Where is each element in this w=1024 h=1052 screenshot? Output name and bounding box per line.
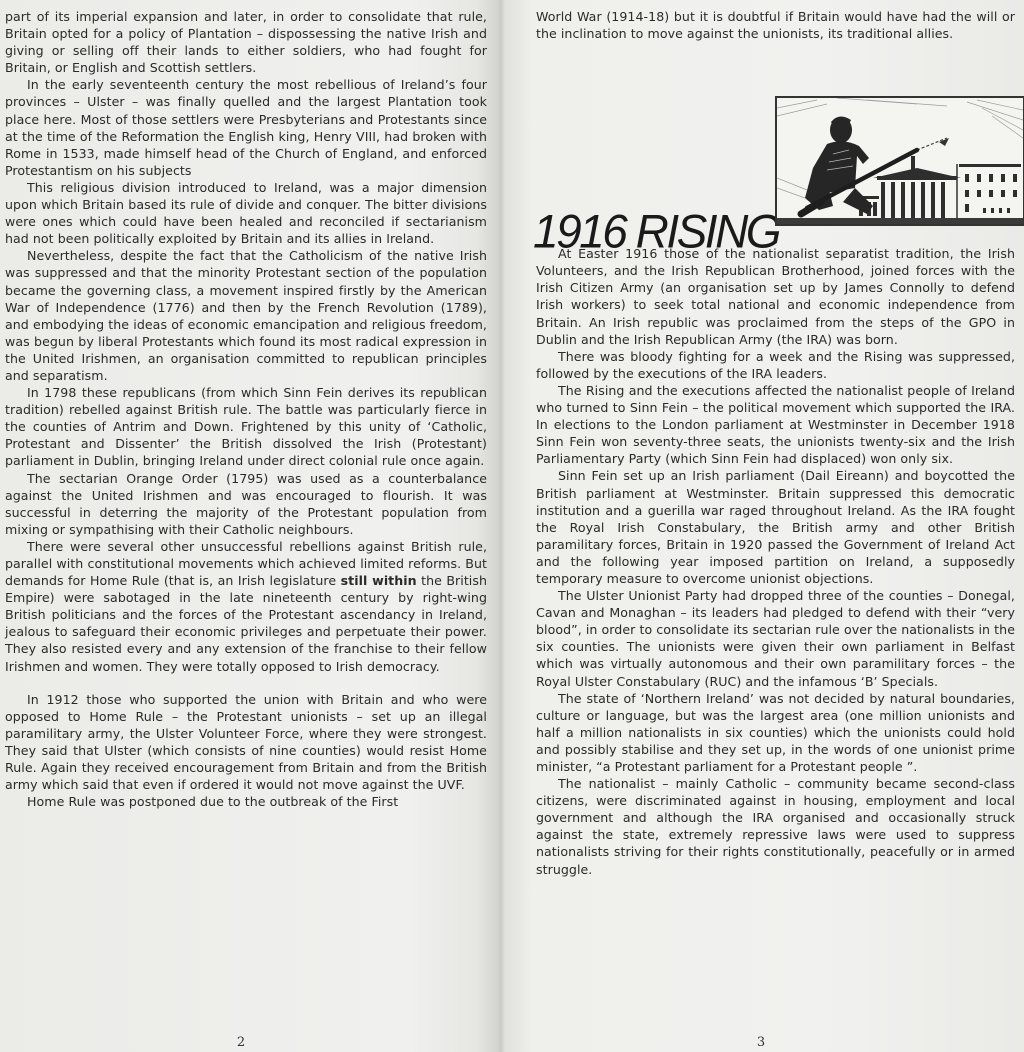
paragraph-1912-uvf: In 1912 those who supported the union wi… — [5, 691, 487, 794]
rifleman-gpo-illustration-icon — [775, 96, 1024, 226]
section-heading: 1916 RISING — [533, 223, 779, 240]
paragraph-nationalist-community: The nationalist – mainly Catholic – comm… — [536, 775, 1015, 878]
paragraph-dail-eireann: Sinn Fein set up an Irish parliament (Da… — [536, 467, 1015, 587]
booklet-spread: part of its imperial expansion and later… — [0, 0, 1024, 1052]
home-rule-text-end: the British Empire) were sabotaged in th… — [5, 573, 487, 673]
section-header: 1916 RISING — [536, 84, 1015, 234]
paragraph-sinn-fein-elections: The Rising and the executions affected t… — [536, 382, 1015, 467]
left-page: part of its imperial expansion and later… — [0, 0, 498, 1052]
paragraph-united-irishmen: Nevertheless, despite the fact that the … — [5, 247, 487, 384]
paragraph-home-rule: There were several other unsuccessful re… — [5, 538, 487, 675]
section-body: At Easter 1916 those of the nationalist … — [536, 245, 1015, 877]
paragraph-orange-order: The sectarian Orange Order (1795) was us… — [5, 470, 487, 538]
paragraph-plantation: part of its imperial expansion and later… — [5, 8, 487, 76]
paragraph-world-war-continuation: World War (1914-18) but it is doubtful i… — [536, 8, 1015, 42]
paragraph-home-rule-postponed: Home Rule was postponed due to the outbr… — [5, 793, 487, 810]
emphasis-still-within: still within — [341, 573, 417, 588]
paragraph-1798-rebellion: In 1798 these republicans (from which Si… — [5, 384, 487, 469]
paragraph-ulster-unionist-party: The Ulster Unionist Party had dropped th… — [536, 587, 1015, 690]
paragraph-fighting: There was bloody fighting for a week and… — [536, 348, 1015, 382]
right-page-text-column: World War (1914-18) but it is doubtful i… — [536, 8, 1015, 878]
paragraph-ulster-plantation: In the early seventeenth century the mos… — [5, 76, 487, 179]
right-page: World War (1914-18) but it is doubtful i… — [500, 0, 1024, 1052]
left-page-text-column: part of its imperial expansion and later… — [5, 8, 487, 810]
paragraph-northern-ireland-state: The state of ‘Northern Ireland’ was not … — [536, 690, 1015, 775]
paragraph-religious-division: This religious division introduced to Ir… — [5, 179, 487, 247]
page-number-right: 3 — [499, 1035, 1023, 1050]
paragraph-easter-1916: At Easter 1916 those of the nationalist … — [536, 245, 1015, 348]
page-number-left: 2 — [0, 1035, 490, 1050]
